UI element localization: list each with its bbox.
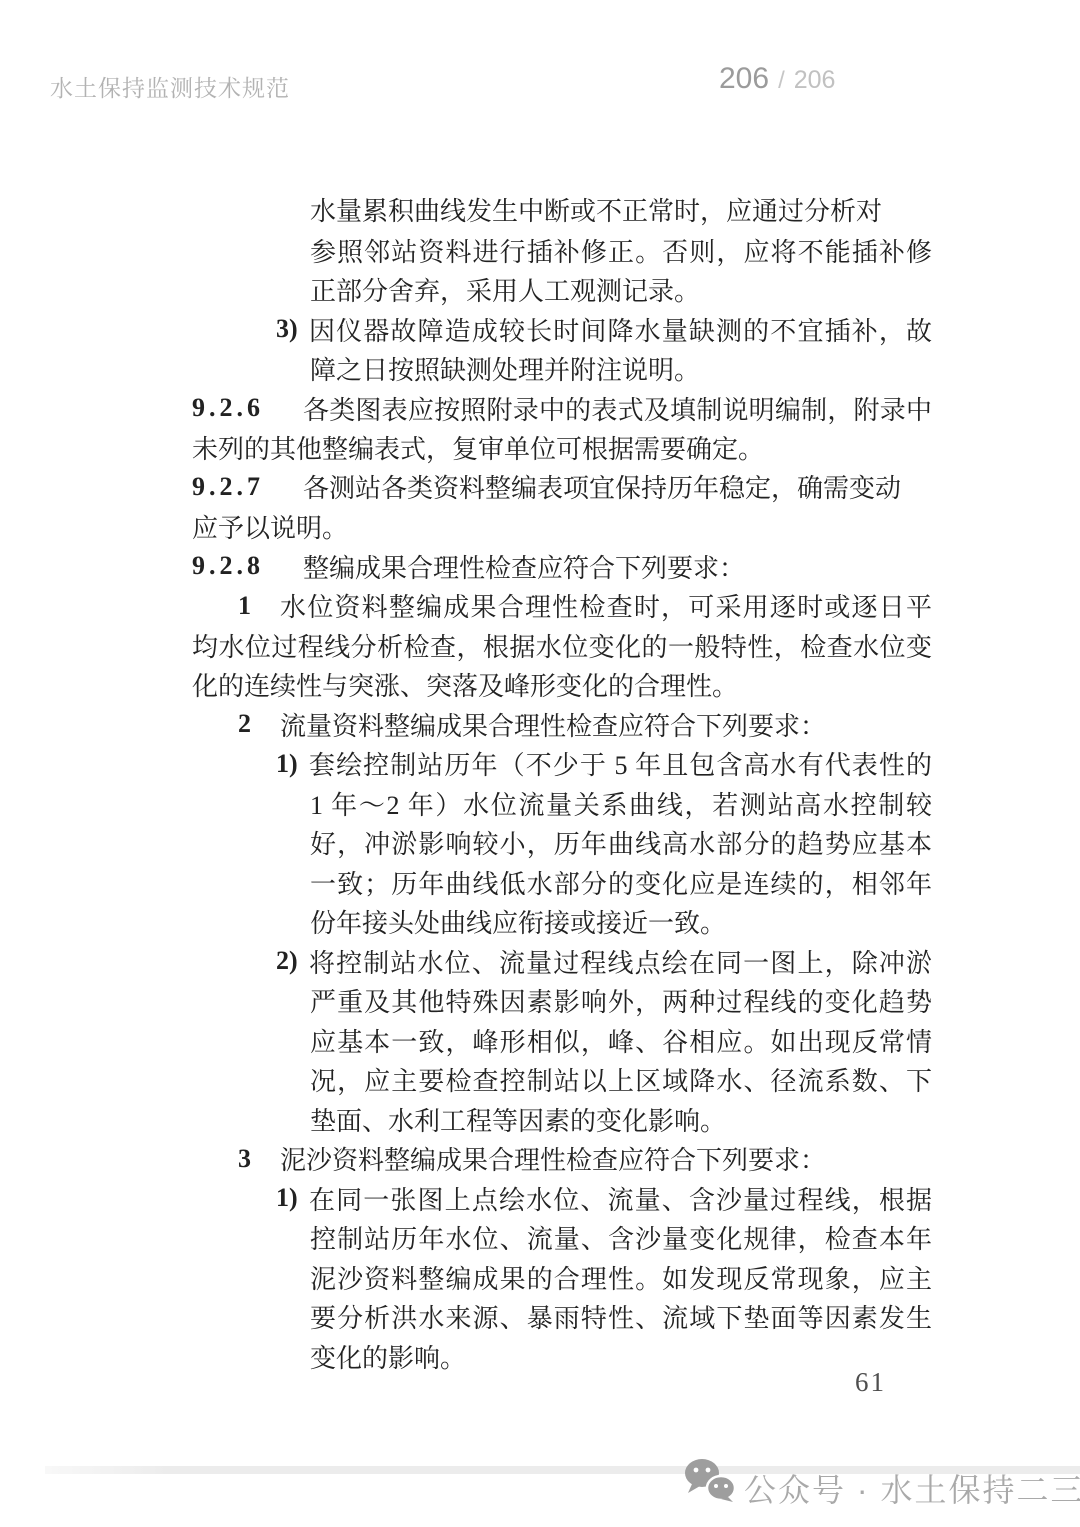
text-line: 1 年～2 年）水位流量关系曲线，若测站高水控制较 <box>310 784 932 824</box>
text-line: 障之日按照缺测处理并附注说明。 <box>310 349 932 389</box>
page-indicator: 206 / 206 <box>719 62 835 96</box>
text-line: 3泥沙资料整编成果合理性检查应符合下列要求： <box>238 1139 932 1179</box>
text-line: 9.2.8整编成果合理性检查应符合下列要求： <box>192 547 932 587</box>
text-line: 垫面、水利工程等因素的变化影响。 <box>310 1100 932 1140</box>
list-marker: 1) <box>276 749 309 779</box>
text-line: 一致；历年曲线低水部分的变化应是连续的，相邻年 <box>310 863 932 903</box>
text-line: 泥沙资料整编成果的合理性。如发现反常现象，应主 <box>310 1258 932 1298</box>
page-separator: / <box>778 67 785 95</box>
text-line: 3)因仪器故障造成较长时间降水量缺测的不宜插补，故 <box>276 310 932 350</box>
text-line: 变化的影响。 <box>310 1337 932 1377</box>
section-number: 9.2.8 <box>192 551 303 581</box>
list-marker: 1) <box>276 1183 309 1213</box>
text-line: 均水位过程线分析检查，根据水位变化的一般特性，检查水位变 <box>192 626 932 666</box>
text-line: 1)套绘控制站历年（不少于 5 年且包含高水有代表性的 <box>276 744 932 784</box>
document-title: 水土保持监测技术规范 <box>50 70 290 103</box>
text-line: 份年接头处曲线应衔接或接近一致。 <box>310 902 932 942</box>
list-marker: 3) <box>276 314 309 344</box>
text-line: 严重及其他特殊因素影响外，两种过程线的变化趋势 <box>310 981 932 1021</box>
item-number: 1 <box>238 591 280 621</box>
text-line: 要分析洪水来源、暴雨特性、流域下垫面等因素发生 <box>310 1297 932 1337</box>
text-line: 参照邻站资料进行插补修正。否则，应将不能插补修 <box>310 231 932 271</box>
text-line: 1水位资料整编成果合理性检查时，可采用逐时或逐日平 <box>238 586 932 626</box>
text-line: 应予以说明。 <box>192 507 932 547</box>
text-line: 9.2.7各测站各类资料整编表项宜保持历年稳定，确需变动的， <box>192 468 932 508</box>
section-number: 9.2.6 <box>192 393 303 423</box>
text-line: 1)在同一张图上点绘水位、流量、含沙量过程线，根据 <box>276 1179 932 1219</box>
text-line: 好，冲淤影响较小，历年曲线高水部分的趋势应基本 <box>310 823 932 863</box>
text-line: 2流量资料整编成果合理性检查应符合下列要求： <box>238 705 932 745</box>
text-line: 未列的其他整编表式，复审单位可根据需要确定。 <box>192 428 932 468</box>
document-page: { "header": { "doc_title": "水土保持监测技术规范",… <box>0 0 1080 1527</box>
text-line: 况，应主要检查控制站以上区域降水、径流系数、下 <box>310 1060 932 1100</box>
text-line: 正部分舍弃，采用人工观测记录。 <box>310 270 932 310</box>
text-line: 9.2.6各类图表应按照附录中的表式及填制说明编制，附录中 <box>192 389 932 429</box>
section-number: 9.2.7 <box>192 472 303 502</box>
total-pages: 206 <box>794 66 836 95</box>
list-marker: 2) <box>276 946 309 976</box>
current-page: 206 <box>719 62 769 96</box>
text-line: 2)将控制站水位、流量过程线点绘在同一图上，除冲淤 <box>276 942 932 982</box>
text-line: 水量累积曲线发生中断或不正常时，应通过分析对照， <box>310 191 932 231</box>
wechat-icon <box>684 1458 736 1502</box>
wechat-account-watermark: 公众号 · 水土保持二三 <box>744 1465 1080 1511</box>
item-number: 3 <box>238 1144 280 1174</box>
page-text-block: 水量累积曲线发生中断或不正常时，应通过分析对照， 参照邻站资料进行插补修正。否则… <box>192 191 932 1376</box>
text-line: 应基本一致，峰形相似，峰、谷相应。如出现反常情 <box>310 1021 932 1061</box>
item-number: 2 <box>238 709 280 739</box>
text-line: 控制站历年水位、流量、含沙量变化规律，检查本年 <box>310 1218 932 1258</box>
text-line: 化的连续性与突涨、突落及峰形变化的合理性。 <box>192 665 932 705</box>
printed-page-number: 61 <box>855 1367 886 1398</box>
